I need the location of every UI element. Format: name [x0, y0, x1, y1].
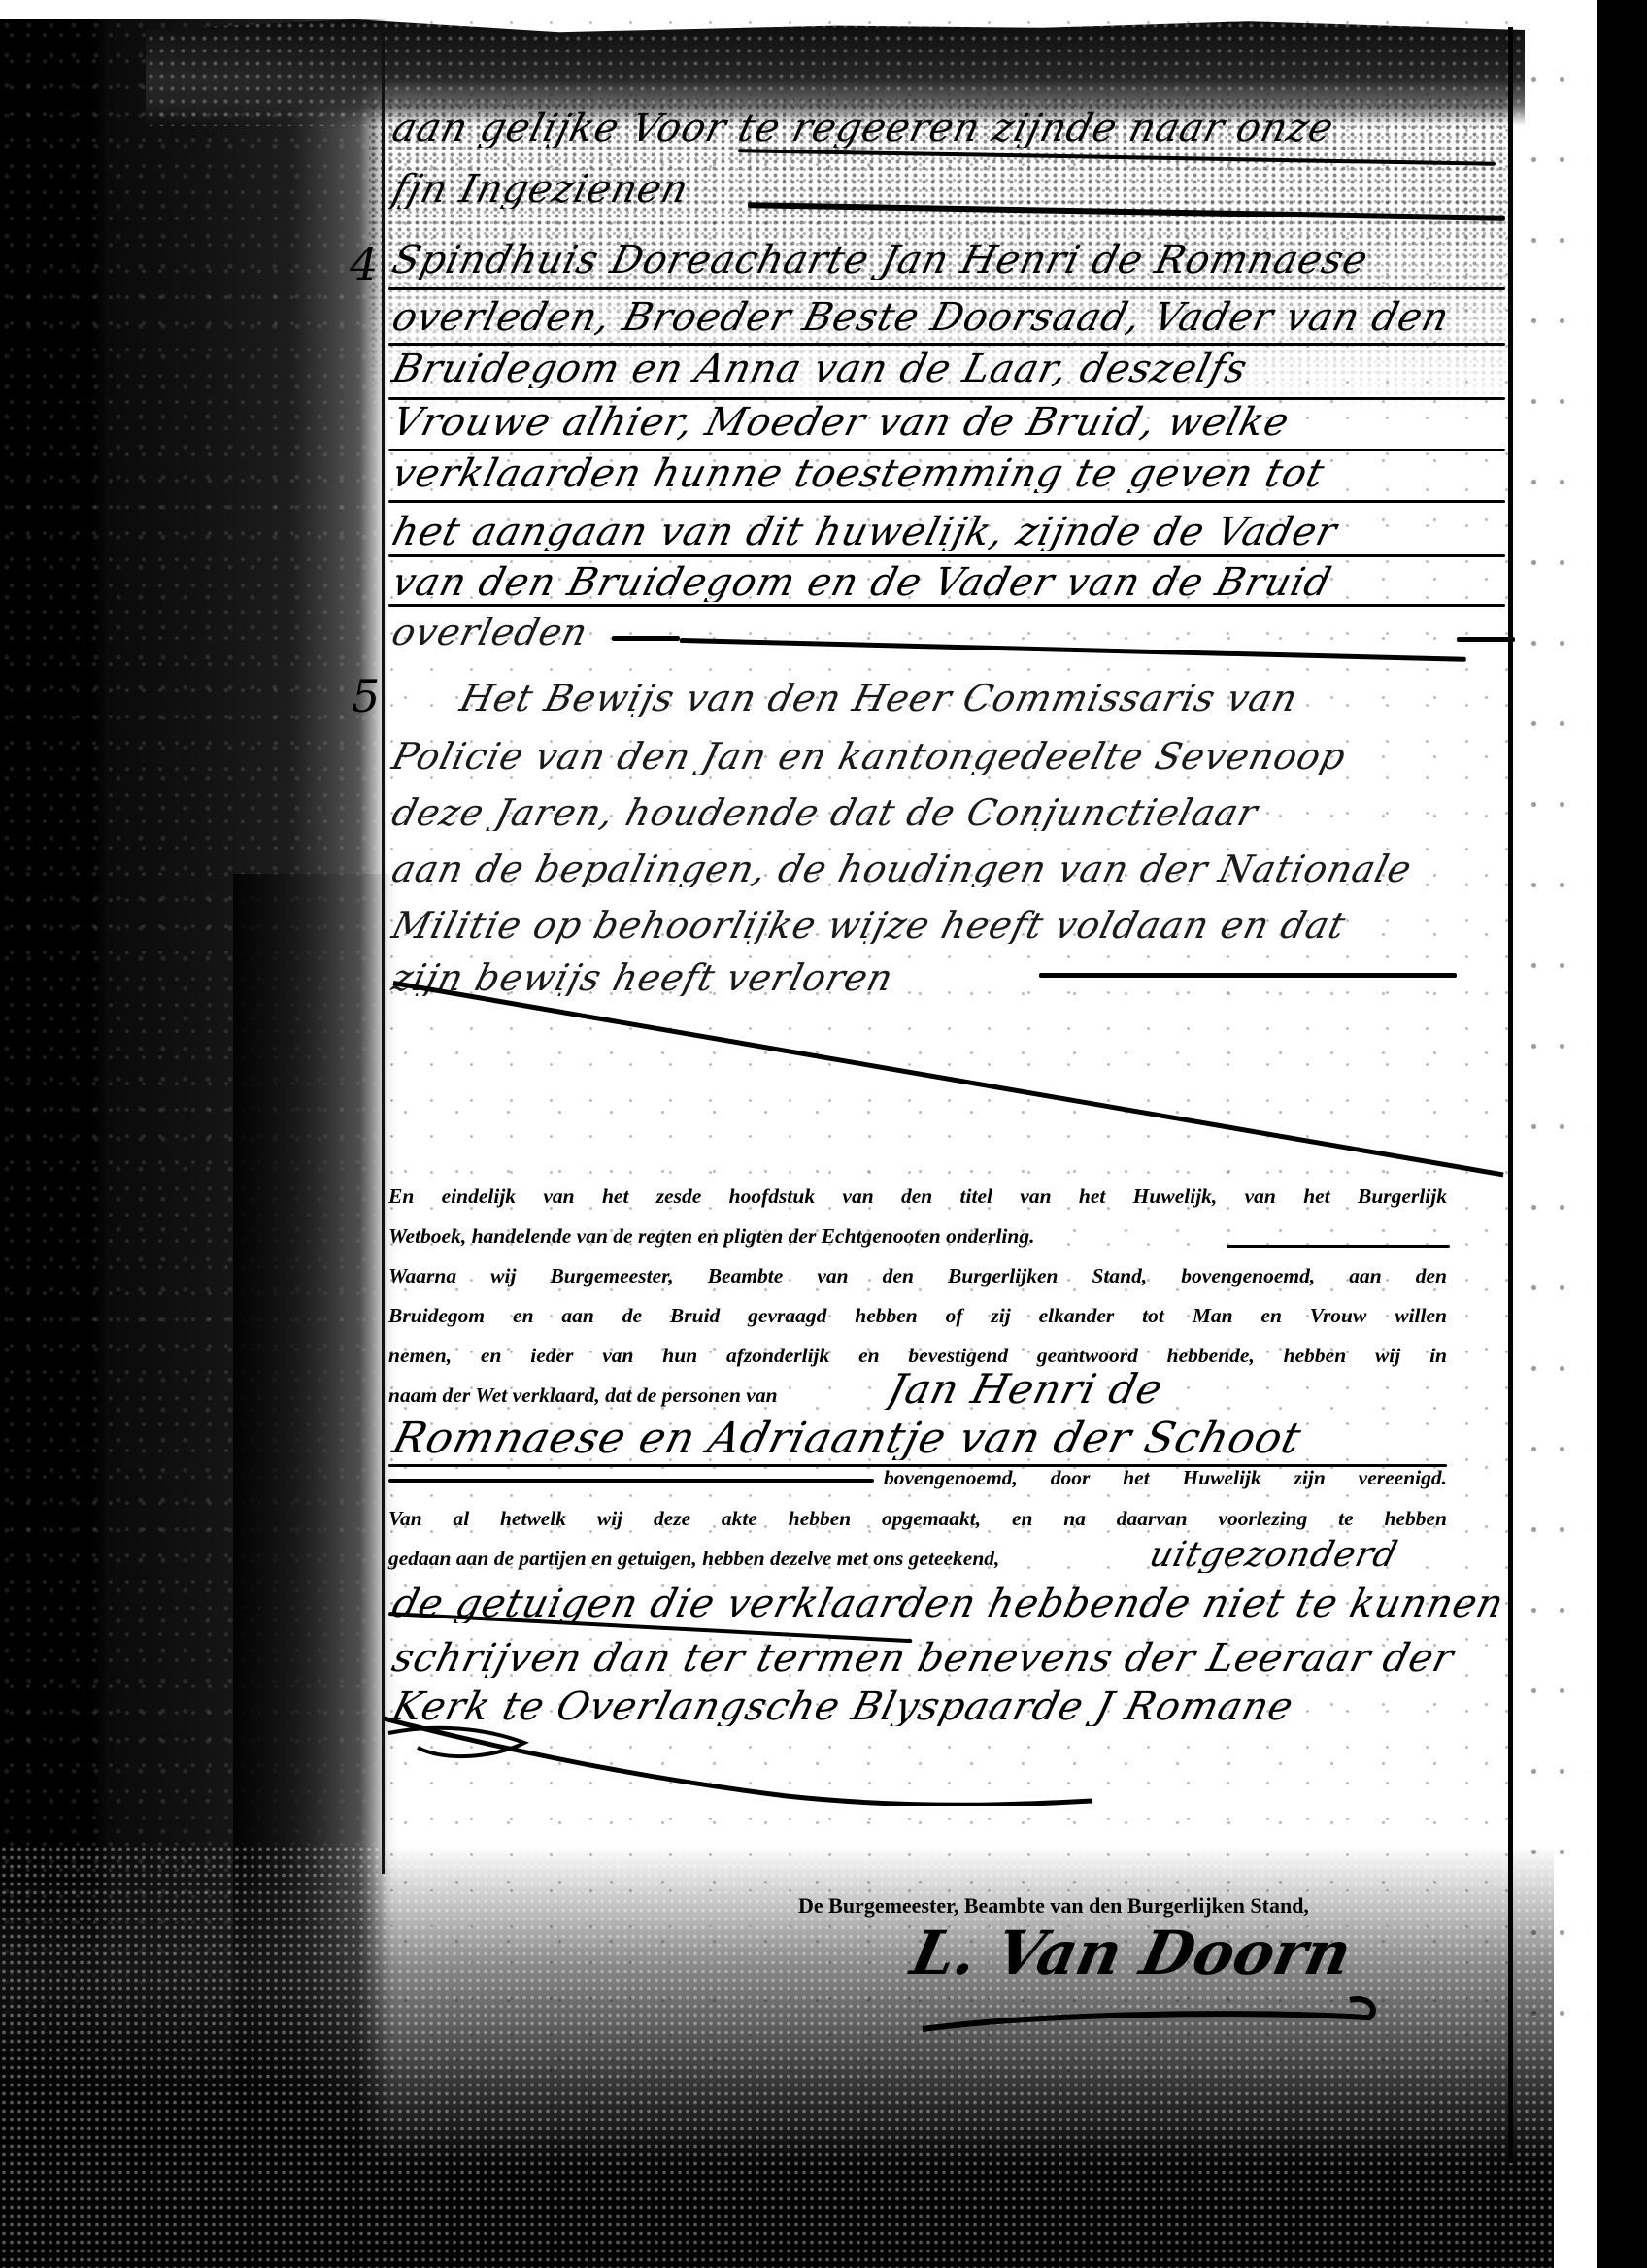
line-rule [388, 604, 1505, 607]
handwritten-line: het aangaan van dit huwelijk, zijnde de … [388, 513, 1515, 551]
handwritten-line: Bruidegom en Anna van de Laar, deszelfs [388, 350, 1515, 388]
handwritten-line: Policie van den Jan en kantongedeelte Se… [388, 738, 1514, 775]
handwritten-line: overleden [388, 614, 630, 650]
handwritten-line: Militie op behoorlijke wijze heeft volda… [388, 907, 1514, 944]
line-rule [388, 449, 1505, 451]
line-rule [1457, 637, 1515, 642]
handwritten-tail: uitgezonderd [1146, 1538, 1456, 1573]
line-rule [388, 554, 1505, 557]
printed-line: Bruidegom en aan de Bruid gevraagd hebbe… [388, 1296, 1447, 1336]
right-scan-edge [1597, 0, 1647, 2268]
printed-line: En eindelijk van het zesde hoofdstuk van… [388, 1177, 1447, 1217]
margin-number: 5 [352, 670, 380, 722]
handwritten-line: Het Bewijs van den Heer Commissaris van [456, 680, 1495, 717]
left-margin-rule [382, 29, 385, 1874]
handwritten-line: overleden, Broeder Beste Doorsaad, Vader… [388, 298, 1515, 337]
scanned-page [0, 0, 1647, 2268]
printed-line: gedaan aan de partijen en getuigen, hebb… [388, 1539, 1136, 1579]
handwritten-groom-name: Jan Henri de [884, 1369, 1457, 1410]
fill-line [388, 1479, 874, 1483]
handwritten-line: aan de bepalingen, de houdingen van der … [388, 850, 1514, 887]
printed-line: Van al hetwelk wij deze akte hebben opge… [388, 1499, 1447, 1539]
line-rule [388, 343, 1505, 346]
handwritten-closing-line: schrijven dan ter termen benevens der Le… [388, 1639, 1515, 1678]
line-rule [388, 397, 1505, 400]
line-rule [1227, 1245, 1450, 1248]
right-margin-rule [1508, 27, 1513, 2163]
printed-line: Wetboek, handelende van de regten en pli… [388, 1217, 1224, 1256]
flourish-icon [379, 1689, 1097, 1806]
handwritten-couple-names: Romnaese en Adriaantje van der Schoot [388, 1417, 1458, 1460]
mayor-signature: L. Van Doorn [905, 1918, 1358, 1988]
line-rule [1039, 973, 1457, 978]
line-rule [612, 636, 680, 641]
right-margin-specks [1520, 39, 1588, 2078]
printed-line: bovengenoemd, door het Huwelijk zijn ver… [884, 1458, 1447, 1498]
handwritten-line: aan gelijke Voor te regeeren zijnde naar… [388, 109, 1515, 148]
handwritten-line: deze Jaren, houdende dat de Conjunctiela… [388, 794, 1514, 831]
handwritten-line: van den Bruidegom en de Vader van de Bru… [388, 563, 1515, 602]
handwritten-closing-line: de getuigen die verklaarden hebbende nie… [388, 1584, 1515, 1623]
margin-number: 4 [350, 238, 378, 290]
printed-line: Waarna wij Burgemeester, Beambte van den… [388, 1256, 1447, 1296]
line-rule [388, 500, 1505, 503]
handwritten-line: zijn bewijs heeft verloren [388, 959, 902, 996]
printed-line: naam der Wet verklaard, dat de personen … [388, 1376, 874, 1416]
bottom-scan-darkening [0, 1845, 1554, 2268]
handwritten-line: Vrouwe alhier, Moeder van de Bruid, welk… [388, 403, 1515, 442]
signature-flourish-icon [913, 1981, 1398, 2049]
handwritten-line: fjn Ingezienen [388, 170, 767, 209]
signature-label: De Burgemeester, Beambte van den Burgerl… [798, 1893, 1309, 1918]
line-rule [388, 287, 1505, 290]
handwritten-line: Spindhuis Doreacharte Jan Henri de Romna… [388, 241, 1515, 280]
handwritten-line: verklaarden hunne toestemming te geven t… [388, 454, 1515, 493]
